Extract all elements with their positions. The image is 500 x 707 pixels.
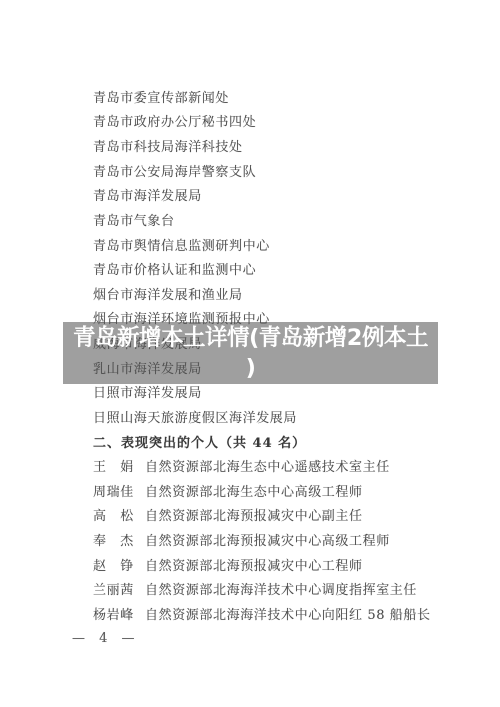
person-name: 兰丽茜 bbox=[93, 579, 135, 598]
org-list-item: 青岛市海洋发展局 bbox=[0, 183, 500, 208]
person-title: 自然资源部北海预报减灾中心工程师 bbox=[145, 555, 363, 574]
person-row: 杨岩峰 自然资源部北海海洋技术中心向阳红 58 船船长 bbox=[0, 601, 500, 626]
person-name: 赵 铮 bbox=[93, 555, 135, 574]
overlay-title-line2: ) bbox=[63, 353, 438, 383]
person-row: 周瑞佳 自然资源部北海生态中心高级工程师 bbox=[0, 478, 500, 503]
org-list-item: 日照山海天旅游度假区海洋发展局 bbox=[0, 404, 500, 429]
scanned-document-page: 青岛市委宣传部新闻处 青岛市政府办公厅秘书四处 青岛市科技局海洋科技处 青岛市公… bbox=[0, 0, 500, 707]
person-row: 兰丽茜 自然资源部北海海洋技术中心调度指挥室主任 bbox=[0, 577, 500, 602]
person-name: 王 娟 bbox=[93, 456, 135, 475]
org-list-item: 青岛市气象台 bbox=[0, 207, 500, 232]
person-row: 赵 铮 自然资源部北海预报减灾中心工程师 bbox=[0, 552, 500, 577]
page-number: — 4 — bbox=[0, 626, 500, 651]
person-title: 自然资源部北海生态中心遥感技术室主任 bbox=[145, 456, 390, 475]
section-heading: 二、表现突出的个人（共 44 名） bbox=[0, 429, 500, 454]
person-name: 奉 杰 bbox=[93, 530, 135, 549]
person-row: 奉 杰 自然资源部北海预报减灾中心高级工程师 bbox=[0, 527, 500, 552]
person-row: 高 松 自然资源部北海预报减灾中心副主任 bbox=[0, 503, 500, 528]
org-list-item: 青岛市政府办公厅秘书四处 bbox=[0, 109, 500, 134]
org-list-item: 青岛市委宣传部新闻处 bbox=[0, 84, 500, 109]
overlay-title-line1: 青岛新增本土详情(青岛新增2例本土 bbox=[63, 323, 438, 353]
person-name: 杨岩峰 bbox=[93, 604, 135, 623]
person-title: 自然资源部北海生态中心高级工程师 bbox=[145, 481, 363, 500]
org-list-item: 青岛市公安局海岸警察支队 bbox=[0, 158, 500, 183]
org-list-item: 烟台市海洋发展和渔业局 bbox=[0, 281, 500, 306]
person-title: 自然资源部北海预报减灾中心副主任 bbox=[145, 505, 363, 524]
org-list-item: 青岛市科技局海洋科技处 bbox=[0, 133, 500, 158]
person-name: 周瑞佳 bbox=[93, 481, 135, 500]
org-list-item: 青岛市价格认证和监测中心 bbox=[0, 256, 500, 281]
person-title: 自然资源部北海预报减灾中心高级工程师 bbox=[145, 530, 390, 549]
screenshot-root: { "page": { "number": "— 4 —" }, "org_li… bbox=[0, 0, 500, 707]
title-overlay-banner: 青岛新增本土详情(青岛新增2例本土 ) bbox=[63, 322, 438, 384]
person-title: 自然资源部北海海洋技术中心向阳红 58 船船长 bbox=[145, 604, 431, 623]
org-list-item: 青岛市舆情信息监测研判中心 bbox=[0, 232, 500, 257]
person-title: 自然资源部北海海洋技术中心调度指挥室主任 bbox=[145, 579, 417, 598]
person-name: 高 松 bbox=[93, 505, 135, 524]
person-row: 王 娟 自然资源部北海生态中心遥感技术室主任 bbox=[0, 453, 500, 478]
